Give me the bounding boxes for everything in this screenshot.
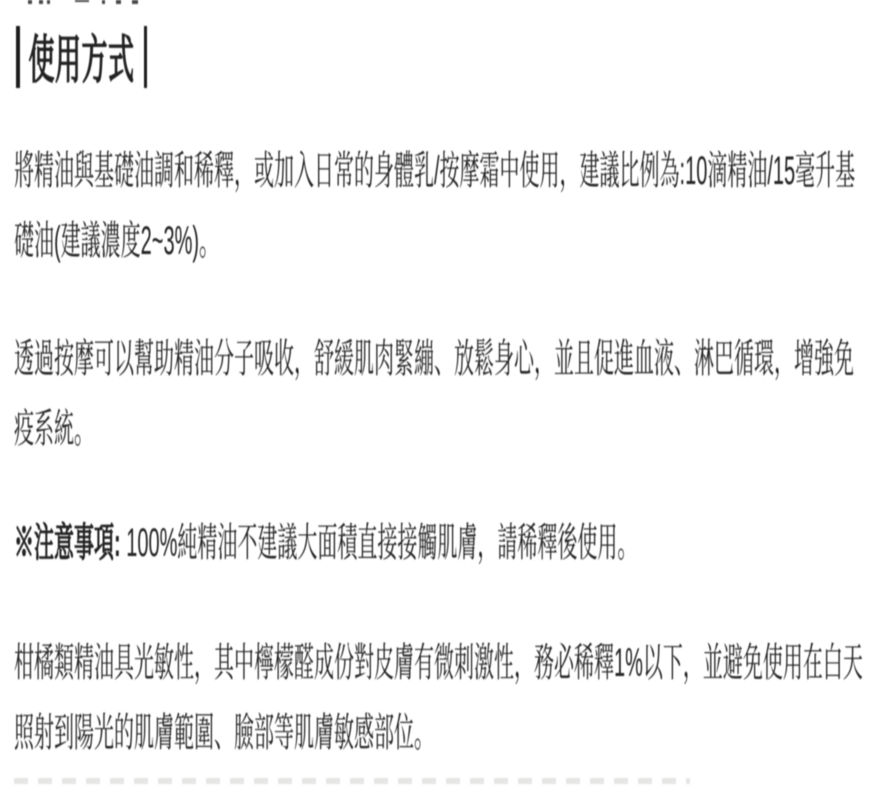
- cutoff-mark: [75, 0, 89, 3]
- header-left-bar: [16, 26, 20, 88]
- caution-note: ※注意事項: 100%純精油不建議大面積直接接觸肌膚，請稀釋後使用。: [14, 510, 880, 580]
- header-right-bar: [144, 26, 148, 88]
- massage-paragraph: 透過按摩可以幫助精油分子吸收，舒緩肌肉緊繃、放鬆身心，並且促進血液、淋巴循環，增…: [14, 326, 880, 466]
- section-title: 使用方式: [29, 20, 135, 94]
- cutoff-mark: [28, 0, 32, 4]
- cutoff-mark: [132, 0, 138, 4]
- cutoff-mark: [102, 0, 105, 4]
- cutoff-text-bottom: [14, 778, 690, 783]
- content-area: 使用方式 將精油與基礎油調和稀釋，或加入日常的身體乳/按摩霜中使用，建議比例為:…: [0, 0, 880, 800]
- usage-paragraph: 將精油與基礎油調和稀釋，或加入日常的身體乳/按摩霜中使用，建議比例為:10滴精油…: [14, 138, 880, 278]
- section-header: 使用方式: [16, 26, 147, 88]
- text-line: 照射到陽光的肌膚範圍、臉部等肌膚敏感部位。: [14, 700, 880, 770]
- cutoff-mark: [39, 0, 43, 4]
- cutoff-mark: [47, 0, 50, 4]
- text-line: 透過按摩可以幫助精油分子吸收，舒緩肌肉緊繃、放鬆身心，並且促進血液、淋巴循環，增…: [14, 326, 880, 396]
- text-line: 疫系統。: [14, 396, 880, 466]
- text-line: 將精油與基礎油調和稀釋，或加入日常的身體乳/按摩霜中使用，建議比例為:10滴精油…: [14, 138, 880, 208]
- citrus-warning-paragraph: 柑橘類精油具光敏性，其中檸檬醛成份對皮膚有微刺激性，務必稀釋1%以下，並避免使用…: [14, 630, 880, 770]
- text-line: 柑橘類精油具光敏性，其中檸檬醛成份對皮膚有微刺激性，務必稀釋1%以下，並避免使用…: [14, 630, 880, 700]
- caution-text: 100%純精油不建議大面積直接接觸肌膚，請稀釋後使用。: [121, 522, 638, 566]
- cutoff-mark: [116, 0, 121, 4]
- cutoff-text-top: [0, 0, 160, 4]
- caution-label: ※注意事項:: [14, 522, 121, 566]
- text-line: 礎油(建議濃度2~3%)。: [14, 208, 880, 278]
